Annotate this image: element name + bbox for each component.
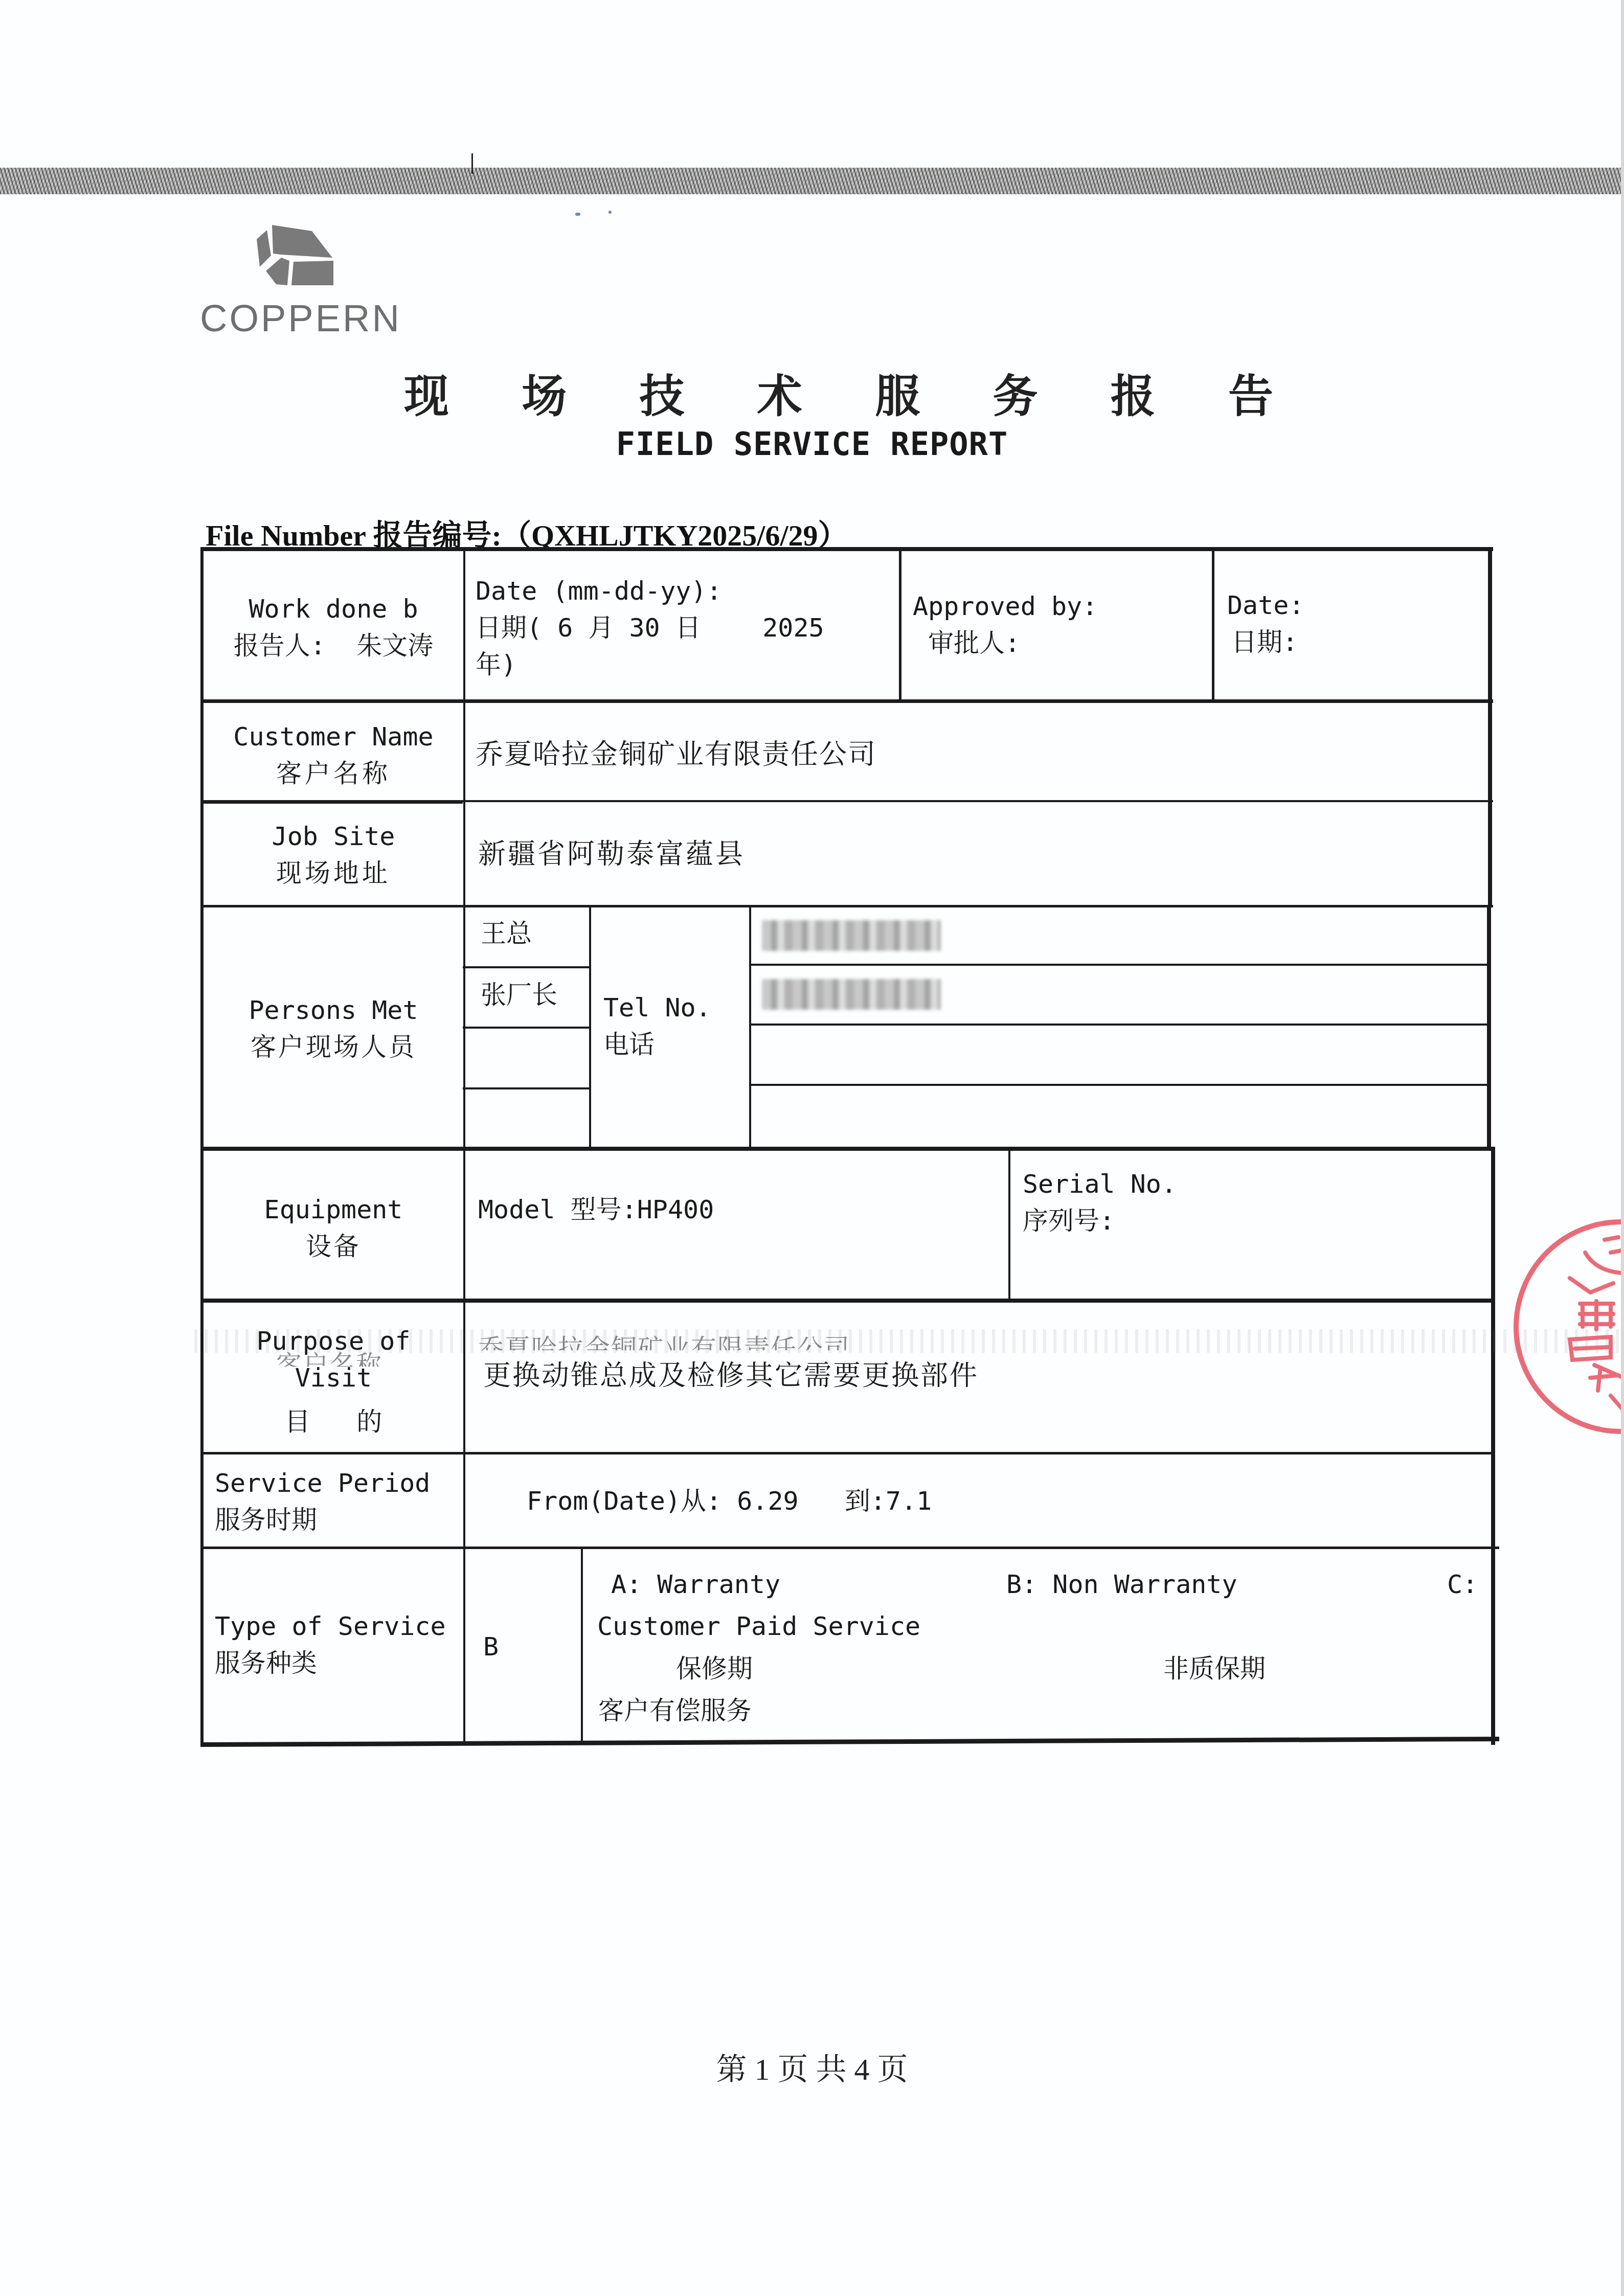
document-page: COPPERN 现 场 技 术 服 务 报 告 FIELD SERVICE RE… — [0, 0, 1624, 2296]
label-cn: 服务时期 — [215, 1502, 465, 1538]
option-b-label: B: Non Warranty — [1006, 1566, 1313, 1603]
approval-date-label-cn: 日期: — [1227, 624, 1483, 661]
label-cn: 报告人: 朱文涛 — [204, 627, 463, 664]
customer-name-label: Customer Name 客户名称 — [204, 718, 463, 792]
redacted-phone — [762, 979, 941, 1010]
label-cn: 服务种类 — [215, 1645, 470, 1681]
column-divider — [463, 547, 465, 1743]
equipment-label: Equipment 设备 — [204, 1191, 463, 1265]
service-period-value: From(Date)从: 6.29 到:7.1 — [527, 1483, 1447, 1519]
row-divider — [200, 1547, 1499, 1549]
label-en: Equipment — [204, 1191, 463, 1228]
serial-label-en: Serial No. — [1023, 1166, 1483, 1202]
persons-met-label: Persons Met 客户现场人员 — [204, 992, 463, 1065]
scan-edge — [1621, 0, 1624, 2296]
service-type-selected: B — [483, 1628, 575, 1665]
tel-label: Tel No. 电话 — [603, 989, 747, 1063]
person-name: 王总 — [481, 915, 588, 952]
company-logo: COPPERN — [193, 225, 408, 337]
job-site-label: Job Site 现场地址 — [204, 818, 463, 892]
serial-label-cn: 序列号: — [1023, 1202, 1483, 1239]
approval-date-label-en: Date: — [1227, 587, 1483, 624]
job-site-value: 新疆省阿勒泰富蕴县 — [478, 836, 1480, 873]
scan-artifact — [471, 153, 473, 174]
column-divider — [749, 905, 751, 1148]
label-cn: 客户现场人员 — [204, 1029, 463, 1065]
report-date: Date (mm-dd-yy): 日期( 6 月 30 日 2025 年) — [476, 573, 895, 683]
label-en: Persons Met — [204, 992, 463, 1029]
title-char: 服 — [875, 360, 920, 425]
table-border-top — [200, 547, 1493, 551]
coppern-logo-icon — [251, 225, 353, 286]
label-cn: 电话 — [603, 1026, 747, 1063]
column-divider — [1212, 547, 1214, 700]
column-divider — [589, 905, 591, 1148]
inner-divider — [750, 1024, 1491, 1026]
label-en: Work done b — [204, 590, 463, 627]
title-char: 技 — [640, 360, 685, 425]
ink-speck — [575, 213, 580, 216]
title-char: 现 — [404, 360, 449, 425]
label-cn-text: 报告人: — [234, 631, 326, 661]
label-cn: 客户名称 — [204, 755, 463, 792]
inner-divider — [463, 1027, 590, 1029]
title-char: 术 — [757, 360, 802, 425]
company-seal — [1508, 1201, 1624, 1467]
approval-date: Date: 日期: — [1227, 587, 1483, 661]
service-type-label: Type of Service 服务种类 — [215, 1608, 470, 1681]
date-value: 日期( 6 月 30 日 2025 — [476, 609, 895, 646]
inner-divider — [463, 1087, 590, 1089]
title-english: FIELD SERVICE REPORT — [0, 425, 1624, 463]
date-label: Date (mm-dd-yy): — [476, 573, 895, 609]
person-name: 张厂长 — [481, 976, 588, 1013]
table-border-right — [1488, 547, 1492, 905]
row-divider — [200, 1452, 1494, 1454]
approved-by-label-en: Approved by: — [913, 588, 1209, 625]
column-divider — [1008, 1147, 1010, 1300]
service-period-label: Service Period 服务时期 — [215, 1465, 465, 1538]
label-cn: 设备 — [204, 1228, 463, 1265]
table-border-right — [1491, 1147, 1495, 1745]
label-cn: 现场地址 — [204, 855, 463, 892]
row-divider — [200, 1147, 1494, 1151]
column-divider — [899, 547, 901, 700]
purpose-label: Purpose of Visit 目 的 — [204, 1322, 463, 1441]
table-border-right — [1487, 905, 1491, 1148]
title-chinese: 现 场 技 术 服 务 报 告 — [404, 360, 1273, 425]
ink-speck — [608, 211, 612, 214]
seal-glyphs — [1508, 1201, 1624, 1467]
serial-number: Serial No. 序列号: — [1023, 1166, 1483, 1239]
row-divider — [200, 905, 1493, 907]
date-value-cont: 年) — [476, 646, 895, 683]
title-char: 报 — [1111, 360, 1156, 425]
label-en: Job Site — [204, 818, 463, 855]
title-char: 务 — [993, 360, 1037, 425]
row-divider — [200, 699, 1493, 703]
customer-name-value: 乔夏哈拉金铜矿业有限责任公司 — [476, 736, 1478, 773]
label-cn: 目 的 — [204, 1402, 463, 1441]
inner-divider — [750, 964, 1491, 966]
work-done-by-label: Work done b 报告人: 朱文涛 — [204, 590, 463, 664]
label-en: Type of Service — [215, 1608, 470, 1645]
equipment-model: Model 型号:HP400 — [478, 1191, 989, 1228]
table-border-bottom — [200, 1737, 1499, 1747]
option-c-prefix: C: — [1447, 1566, 1488, 1603]
work-done-by-value: 朱文涛 — [356, 631, 433, 661]
label-en: Tel No. — [603, 989, 747, 1026]
purpose-value: 更换动锥总成及检修其它需要更换部件 — [483, 1357, 1480, 1394]
option-a-label: A: Warranty — [611, 1566, 918, 1603]
inner-divider — [463, 966, 590, 968]
title-char: 告 — [1228, 360, 1273, 425]
title-char: 场 — [522, 360, 567, 425]
label-en: Service Period — [215, 1465, 465, 1502]
label-en: Visit — [204, 1358, 463, 1397]
redacted-phone — [762, 920, 941, 951]
option-c-label: Customer Paid Service — [597, 1608, 1006, 1645]
logo-wordmark: COPPERN — [193, 297, 408, 340]
row-divider — [463, 800, 1493, 802]
scanner-noise-band — [0, 168, 1624, 194]
inner-divider — [750, 1084, 1491, 1086]
row-divider — [200, 800, 463, 804]
page-number: 第 1 页 共 4 页 — [0, 2045, 1624, 2089]
option-c-cn: 客户有偿服务 — [598, 1692, 854, 1729]
approved-by: Approved by: 审批人: — [913, 588, 1209, 662]
approved-by-label-cn: 审批人: — [913, 625, 1209, 662]
label-en: Purpose of — [204, 1322, 463, 1360]
option-a-cn: 保修期 — [676, 1650, 881, 1687]
option-b-cn: 非质保期 — [1163, 1650, 1368, 1687]
row-divider — [200, 1299, 1494, 1303]
column-divider — [581, 1547, 583, 1745]
label-en: Customer Name — [204, 718, 463, 755]
